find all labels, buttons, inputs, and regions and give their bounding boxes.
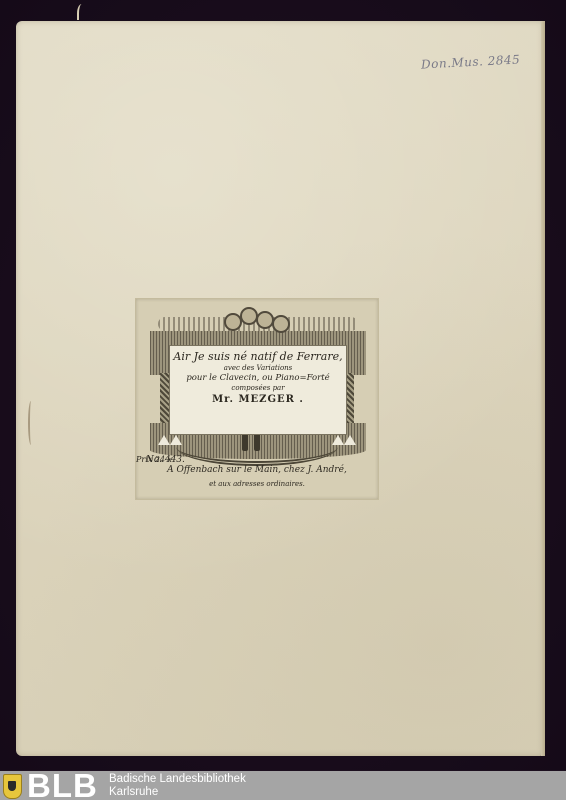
flower-bouquet-icon bbox=[216, 303, 296, 333]
composed-by-line: composées par bbox=[170, 384, 346, 392]
subtitle-line: avec des Variations bbox=[170, 364, 346, 372]
ornament-triangle bbox=[158, 435, 170, 445]
price: Prix 24 x bbox=[136, 455, 378, 464]
engraved-title-plate: Air Je suis né natif de Ferrare, avec de… bbox=[135, 298, 379, 500]
composer-name: Mr. MEZGER . bbox=[170, 394, 346, 405]
shelfmark-annotation: Don.Mus. 2845 bbox=[421, 52, 521, 71]
coat-of-arms-icon bbox=[3, 774, 22, 799]
publisher-imprint: A Offenbach sur le Main, chez J. André, bbox=[136, 465, 378, 475]
addresses-line: et aux adresses ordinaires. bbox=[136, 480, 378, 488]
binding-mark bbox=[28, 401, 34, 445]
library-name: Badische Landesbibliothek bbox=[109, 773, 246, 786]
instrument-line: pour le Clavecin, ou Piano=Forté bbox=[170, 373, 346, 383]
title-line: Air Je suis né natif de Ferrare, bbox=[170, 350, 346, 363]
binding-thread bbox=[77, 4, 85, 20]
library-city: Karlsruhe bbox=[109, 786, 158, 799]
title-cartouche: Air Je suis né natif de Ferrare, avec de… bbox=[169, 345, 347, 435]
ornament-triangle bbox=[344, 435, 356, 445]
library-footer: BLB Badische Landesbibliothek Karlsruhe bbox=[0, 771, 566, 800]
blb-logo: BLB bbox=[27, 769, 98, 800]
